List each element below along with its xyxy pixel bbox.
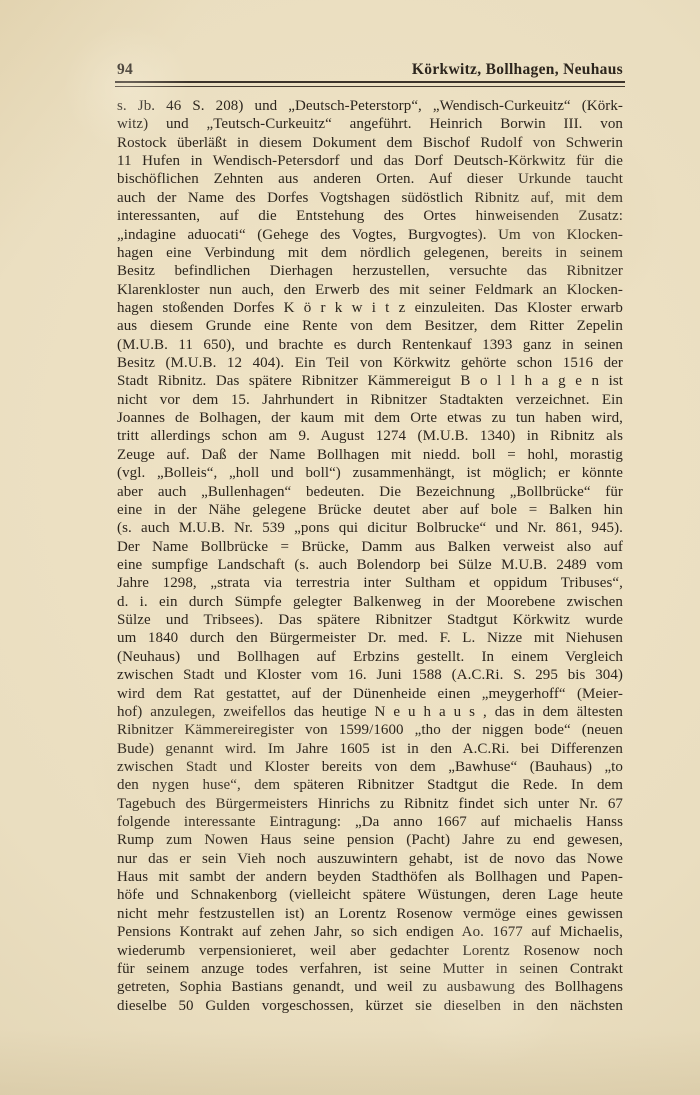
text-line: d. i. ein durch Sümpfe gelegter Balkenwe… — [117, 593, 623, 611]
text-line: hof) anzulegen, zweifellos das heutige N… — [117, 703, 623, 721]
text-line: Besitz (M.U.B. 12 404). Ein Teil von Kör… — [117, 354, 623, 372]
text-line: wiederumb verpensionieret, weil aber ged… — [117, 942, 623, 960]
text-line: Stadt Ribnitz. Das spätere Ribnitzer Käm… — [117, 372, 623, 390]
text-line: Rostock überläßt in diesem Dokument dem … — [117, 134, 623, 152]
text-line: Pensions Kontrakt auf zehen Jahr, so sic… — [117, 923, 623, 941]
page-number: 94 — [117, 61, 133, 79]
text-line: dieselbe 50 Gulden vorgeschossen, kürzet… — [117, 997, 623, 1015]
text-line: interessanten, auf die Entstehung des Or… — [117, 207, 623, 225]
body-text: s. Jb. 46 S. 208) und „Deutsch-Peterstor… — [117, 97, 623, 1015]
text-line: höfe und Schnakenborg (vielleicht später… — [117, 886, 623, 904]
text-line: zwischen Stadt und Kloster vom 16. Juni … — [117, 666, 623, 684]
text-line: (Neuhaus) und Bollhagen auf Erbzins gest… — [117, 648, 623, 666]
text-line: hagen stoßenden Dorfes K ö r k w i t z e… — [117, 299, 623, 317]
text-line: Rump zum Nowen Haus seine pension (Pacht… — [117, 831, 623, 849]
text-line: wird dem Rat gestattet, auf der Dünenhei… — [117, 685, 623, 703]
text-line: aber auch „Bullenhagen“ bedeuten. Die Be… — [117, 483, 623, 501]
header-rule — [115, 81, 625, 87]
text-line: Jahre 1298, „strata via terrestria inter… — [117, 574, 623, 592]
text-line: den nygen huse“, dem späteren Ribnitzer … — [117, 776, 623, 794]
text-line: (s. auch M.U.B. Nr. 539 „pons qui dicitu… — [117, 519, 623, 537]
text-line: folgende interessante Eintragung: „Da an… — [117, 813, 623, 831]
text-line: Ribnitzer Kämmereiregister von 1599/1600… — [117, 721, 623, 739]
text-line: Haus mit sambt der andern beyden Stadthö… — [117, 868, 623, 886]
text-line: eine sumpfige Landschaft (s. auch Bolend… — [117, 556, 623, 574]
text-line: getreten, Sophia Bastians genandt, und w… — [117, 978, 623, 996]
text-line: um 1840 durch den Bürgermeister Dr. med.… — [117, 629, 623, 647]
text-line: Tagebuch des Bürgermeisters Hinrichs zu … — [117, 795, 623, 813]
text-line: „indagine aduocati“ (Gehege des Vogtes, … — [117, 226, 623, 244]
book-page: 94 Körkwitz, Bollhagen, Neuhaus s. Jb. 4… — [0, 0, 700, 1095]
text-line: 11 Hufen in Wendisch-Petersdorf und das … — [117, 152, 623, 170]
text-line: hagen eine Verbindung mit dem nördlich g… — [117, 244, 623, 262]
text-line: nur das er sein Vieh noch auszuwintern g… — [117, 850, 623, 868]
running-title: Körkwitz, Bollhagen, Neuhaus — [412, 61, 623, 79]
text-line: (vgl. „Bolleis“, „holl und boll“) zusamm… — [117, 464, 623, 482]
text-line: für seinem anzuge todes verfahren, ist s… — [117, 960, 623, 978]
text-line: (M.U.B. 11 650), und brachte es durch Re… — [117, 336, 623, 354]
text-line: zwischen Stadt und Kloster bereits von d… — [117, 758, 623, 776]
text-line: Sülze und Tribsees). Das spätere Ribnitz… — [117, 611, 623, 629]
text-line: Klarenkloster nun auch, den Erwerb des m… — [117, 281, 623, 299]
text-line: nicht mehr festzustellen ist) an Lorentz… — [117, 905, 623, 923]
text-line: nicht vor dem 15. Jahrhundert in Ribnitz… — [117, 391, 623, 409]
text-line: eine in der Nähe gelegene Brücke deutet … — [117, 501, 623, 519]
text-line: Joannes de Bolhagen, der kaum mit dem Or… — [117, 409, 623, 427]
text-line: Zeuge auf. Daß der Name Bollhagen mit ni… — [117, 446, 623, 464]
text-line: Bude) genannt wird. Im Jahre 1605 ist in… — [117, 740, 623, 758]
text-line: tritt allerdings schon am 9. August 1274… — [117, 427, 623, 445]
text-line: witz) und „Teutsch-Curkeuitz“ angeführt.… — [117, 115, 623, 133]
text-line: Besitz befindlichen Dierhagen herzustell… — [117, 262, 623, 280]
text-line: Der Name Bollbrücke = Brücke, Damm aus B… — [117, 538, 623, 556]
text-line: bischöflichen Zehnten aus anderen Orten.… — [117, 170, 623, 188]
text-line: auch der Name des Dorfes Vogtshagen südö… — [117, 189, 623, 207]
page-header: 94 Körkwitz, Bollhagen, Neuhaus — [117, 61, 623, 79]
text-line: aus diesem Grunde eine Rente von dem Bes… — [117, 317, 623, 335]
text-line: s. Jb. 46 S. 208) und „Deutsch-Peterstor… — [117, 97, 623, 115]
